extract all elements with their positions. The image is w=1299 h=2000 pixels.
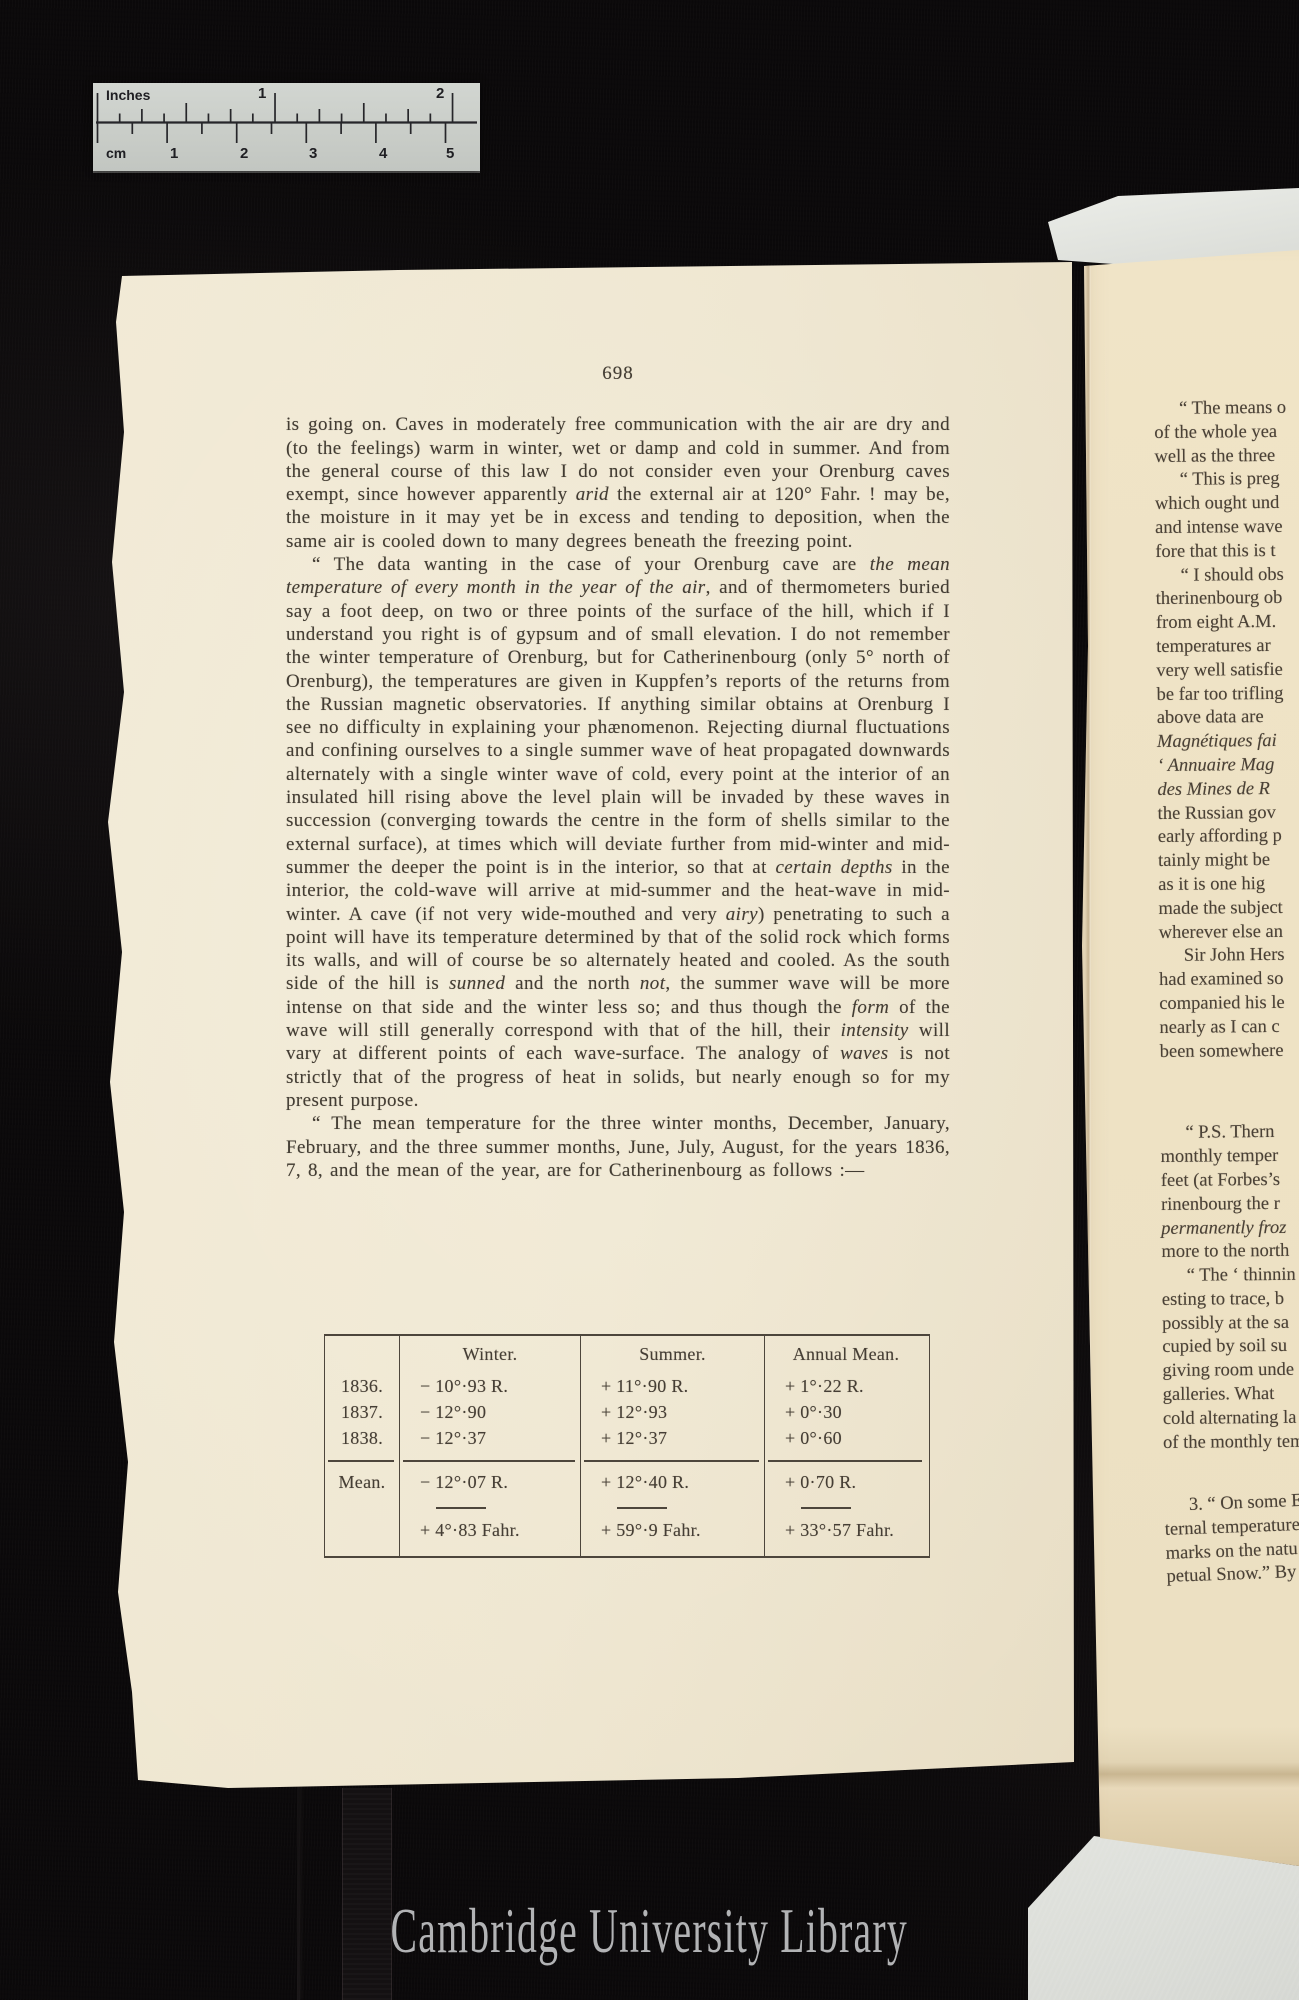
- fragment-line: petual Snow.” By: [1166, 1561, 1299, 1590]
- table-rule-cell: [580, 1502, 764, 1515]
- scanned-book-page: 698 is going on. Caves in moderately fre…: [98, 262, 1074, 1790]
- library-watermark: Cambridge University Library: [0, 1894, 1299, 1968]
- page-number: 698: [286, 362, 950, 385]
- ruler-cm-number: 2: [240, 145, 248, 162]
- ruler-inch-number: 2: [436, 85, 444, 102]
- fragment-line: permanently froz: [1161, 1216, 1299, 1241]
- fragment-line: as it is one hig: [1158, 873, 1299, 898]
- table-year-label: 1838.: [325, 1428, 399, 1454]
- fragment-line: be far too trifling: [1156, 682, 1299, 707]
- ruler-svg: [94, 84, 479, 170]
- watermark-text: Cambridge University Library: [391, 1894, 908, 1968]
- ruler-cm-number: 1: [170, 145, 178, 162]
- ruler-cm-number: 3: [309, 145, 317, 162]
- ruler-cm-label: cm: [106, 145, 126, 161]
- ruler-inch-number: 1: [258, 85, 266, 102]
- page-content: 698 is going on. Caves in moderately fre…: [286, 362, 950, 1182]
- fragment-line: possibly at the sa: [1162, 1311, 1299, 1336]
- measuring-ruler: Inches cm 1 2 1 2 3 4 5: [93, 83, 480, 171]
- fragment-line: from eight A.M.: [1156, 611, 1299, 636]
- fragment-line: made the subject: [1158, 896, 1299, 921]
- fragment-line: Sir John Hers: [1159, 944, 1299, 969]
- fragment-line: had examined so: [1159, 968, 1299, 993]
- table-rule-cell: [325, 1454, 399, 1469]
- right-page-text: “ The means o of the whole yea well as t…: [1154, 397, 1299, 1591]
- paragraph-1: is going on. Caves in moderately free co…: [286, 413, 950, 553]
- paragraph-gap: [1160, 1063, 1299, 1122]
- fragment-line: des Mines de R: [1157, 777, 1299, 802]
- ruler-cm-number: 4: [379, 145, 387, 162]
- text-segment-italic: airy: [726, 904, 758, 925]
- fragment-line: rinenbourg the r: [1161, 1192, 1299, 1217]
- fragment-last-group: 3. “ On some E ternal temperature marks …: [1164, 1490, 1299, 1590]
- table-header-annual: Annual Mean.: [764, 1336, 927, 1376]
- fragment-line: ‘ Annuaire Mag: [1157, 754, 1299, 779]
- text-segment-italic: sunned: [449, 973, 505, 994]
- fragment-line: therinenbourg ob: [1156, 587, 1299, 612]
- paragraph-gap: [1163, 1454, 1299, 1495]
- fragment-line: above data are: [1157, 706, 1299, 731]
- table-cell: + 0°·60: [764, 1428, 927, 1454]
- fragment-line: tainly might be: [1158, 849, 1299, 874]
- table-corner-cell: [325, 1336, 399, 1376]
- table-empty-cell: [325, 1515, 399, 1556]
- fragment-line: been somewhere: [1160, 1039, 1299, 1064]
- table-cell: + 12°·93: [580, 1402, 764, 1428]
- text-segment-italic: intensity: [841, 1020, 909, 1041]
- fragment-line: of the whole yea: [1154, 421, 1299, 446]
- text-segment: , and of thermometers buried say a foot …: [286, 577, 950, 878]
- table-rule-cell: [399, 1502, 580, 1515]
- text-segment: and the north: [505, 973, 640, 994]
- fragment-line: wherever else an: [1159, 920, 1299, 945]
- fragment-line: and intense wave: [1155, 516, 1299, 541]
- table-rule-cell: [325, 1502, 399, 1515]
- fragment-line: companied his le: [1159, 992, 1299, 1017]
- table-rule-cell: [580, 1454, 764, 1469]
- fragment-line: “ The means o: [1154, 397, 1299, 422]
- fragment-line: cold alternating la: [1163, 1407, 1299, 1432]
- table-header-winter: Winter.: [399, 1336, 580, 1376]
- table-cell: + 0°·30: [764, 1402, 927, 1428]
- table-cell: − 12°·37: [399, 1428, 580, 1454]
- fragment-line: cupied by soil su: [1162, 1335, 1299, 1360]
- fragment-line: “ This is preg: [1155, 468, 1299, 493]
- fragment-line: giving room unde: [1162, 1359, 1299, 1384]
- paragraph-3: “ The mean temperature for the three win…: [286, 1112, 950, 1182]
- fragment-line: “ I should obs: [1155, 563, 1299, 588]
- table-cell: + 11°·90 R.: [580, 1376, 764, 1402]
- text-segment-italic: certain depths: [775, 857, 892, 878]
- table-cell: + 0·70 R.: [764, 1469, 927, 1502]
- table-cell: + 12°·37: [580, 1428, 764, 1454]
- table-rule-cell: [764, 1454, 927, 1469]
- table-cell-fahrenheit: + 33°·57 Fahr.: [764, 1515, 927, 1556]
- text-segment: “ The data wanting in the case of your O…: [312, 554, 870, 575]
- temperature-table: Winter. Summer. Annual Mean. 1836. − 10°…: [324, 1334, 930, 1558]
- fragment-line: “ The ‘ thinnin: [1162, 1264, 1299, 1289]
- fragment-line: very well satisfie: [1156, 658, 1299, 683]
- ruler-inches-label: Inches: [106, 87, 150, 103]
- table-cell-fahrenheit: + 59°·9 Fahr.: [580, 1515, 764, 1556]
- table-cell-fahrenheit: + 4°·83 Fahr.: [399, 1515, 580, 1556]
- table-year-label: 1836.: [325, 1376, 399, 1402]
- fragment-line: more to the north: [1161, 1240, 1299, 1265]
- fragment-line: esting to trace, b: [1162, 1288, 1299, 1313]
- fragment-line: monthly temper: [1161, 1145, 1299, 1170]
- text-segment-italic: form: [852, 997, 890, 1018]
- text-segment-italic: waves: [840, 1043, 888, 1064]
- text-segment-italic: not: [640, 973, 665, 994]
- fragment-line: well as the three: [1154, 444, 1299, 469]
- text-segment: “ The mean temperature for the three win…: [286, 1113, 950, 1181]
- fragment-line: fore that this is t: [1155, 540, 1299, 565]
- fragment-line: the Russian gov: [1158, 801, 1299, 826]
- fragment-line: feet (at Forbes’s: [1161, 1169, 1299, 1194]
- text-segment-italic: arid: [576, 484, 609, 505]
- table-year-label: 1837.: [325, 1402, 399, 1428]
- paragraph-2: “ The data wanting in the case of your O…: [286, 553, 950, 1112]
- fragment-line: Magnétiques fai: [1157, 730, 1299, 755]
- fragment-line: temperatures ar: [1156, 635, 1299, 660]
- fragment-line: early affording p: [1158, 825, 1299, 850]
- table-cell: + 1°·22 R.: [764, 1376, 927, 1402]
- fragment-line: galleries. What: [1163, 1383, 1299, 1408]
- fragment-line: of the monthly tem: [1163, 1430, 1299, 1455]
- table-cell: + 12°·40 R.: [580, 1469, 764, 1502]
- table-mean-label: Mean.: [325, 1469, 399, 1502]
- fragment-line: nearly as I can c: [1159, 1015, 1299, 1040]
- fragment-line: which ought und: [1155, 492, 1299, 517]
- fragment-line: “ P.S. Thern: [1160, 1121, 1299, 1146]
- table-rule-cell: [399, 1454, 580, 1469]
- right-page-fragment: “ The means o of the whole yea well as t…: [1070, 246, 1299, 1871]
- ruler-cm-number: 5: [446, 145, 454, 162]
- table-cell: − 10°·93 R.: [399, 1376, 580, 1402]
- table-header-summer: Summer.: [580, 1336, 764, 1376]
- table-cell: − 12°·07 R.: [399, 1469, 580, 1502]
- table-rule-cell: [764, 1502, 927, 1515]
- table-cell: − 12°·90: [399, 1402, 580, 1428]
